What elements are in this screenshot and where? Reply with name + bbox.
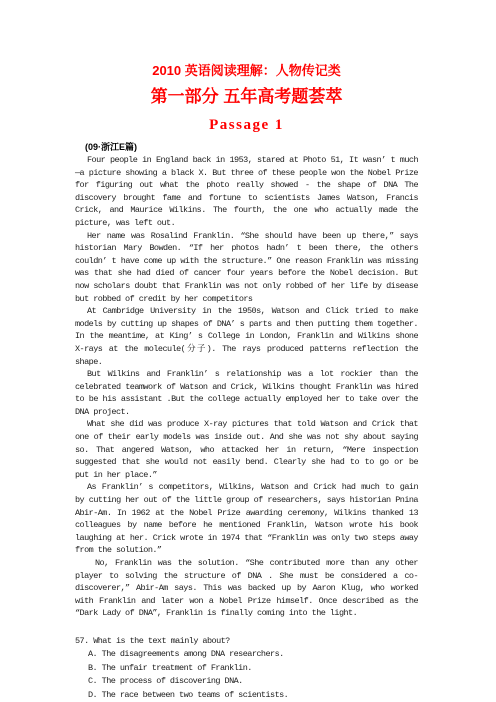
passage-paragraph: Her name was Rosalind Franklin. “She sho…: [75, 230, 418, 306]
question-option: C. The process of discovering DNA.: [75, 675, 418, 688]
passage-paragraph: As Franklin’ s competitors, Wilkins, Wat…: [75, 481, 418, 557]
passage-paragraph: Four people in England back in 1953, sta…: [75, 154, 418, 230]
question-option: A. The disagreements among DNA researche…: [75, 648, 418, 661]
section-title: 第一部分 五年高考题荟萃: [75, 88, 418, 106]
question-options: A. The disagreements among DNA researche…: [75, 648, 418, 702]
passage-paragraph: What she did was produce X-ray pictures …: [75, 418, 418, 481]
passage-paragraph: But Wilkins and Franklin’ s relationship…: [75, 368, 418, 418]
question-stem: 57. What is the text mainly about?: [75, 635, 418, 648]
source-tag: (09·浙江E篇): [75, 141, 418, 153]
passage-body: Four people in England back in 1953, sta…: [75, 154, 418, 620]
passage-paragraph: At Cambridge University in the 1950s, Wa…: [75, 305, 418, 368]
document-page: 2010 英语阅读理解：人物传记类 第一部分 五年高考题荟萃 Passage 1…: [0, 0, 496, 702]
question-option: B. The unfair treatment of Franklin.: [75, 662, 418, 675]
passage-title: Passage 1: [75, 117, 418, 133]
question-block: 57. What is the text mainly about? A. Th…: [75, 635, 418, 702]
question-option: D. The race between two teams of scienti…: [75, 689, 418, 702]
passage-paragraph: No, Franklin was the solution. “She cont…: [75, 557, 418, 620]
document-title: 2010 英语阅读理解：人物传记类: [75, 64, 418, 78]
